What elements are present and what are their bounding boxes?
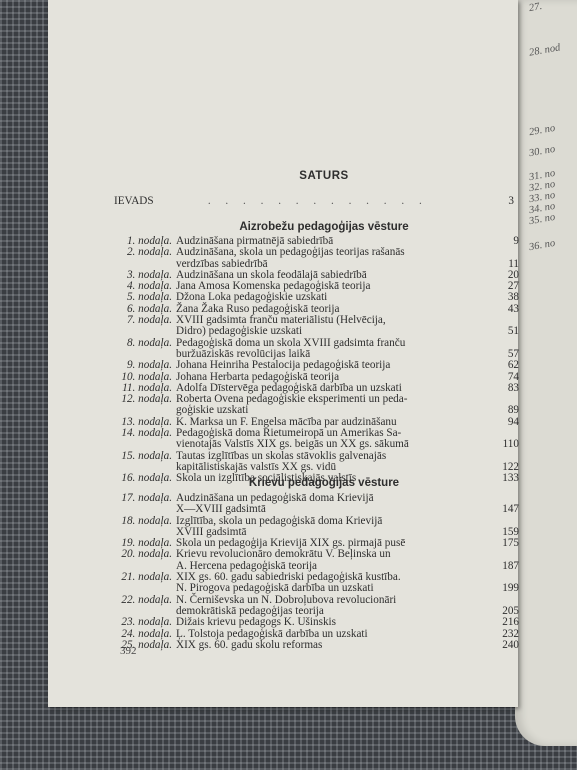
facing-page-fragment: 27. xyxy=(528,1,543,14)
leader-dots: . . . . . . . . . . . . . xyxy=(154,195,482,207)
chapter-title: Audzināšana un pedagoģiskā doma Krievijā… xyxy=(176,493,487,516)
toc-entry: 25. nodaļa.XIX gs. 60. gadu skolu reform… xyxy=(114,640,519,651)
facing-page-fragment: 30. no xyxy=(528,144,556,159)
chapter-number: 18. nodaļa. xyxy=(114,516,176,539)
chapter-page: 240 xyxy=(487,640,519,651)
toc-intro-row: IEVADS . . . . . . . . . . . . . 3 xyxy=(114,195,514,207)
intro-label: IEVADS xyxy=(114,195,154,207)
chapter-page: 147 xyxy=(487,504,519,515)
chapter-number: 23. nodaļa. xyxy=(114,617,176,628)
chapter-number: 21. nodaļa. xyxy=(114,572,176,595)
chapter-number: 15. nodaļa. xyxy=(114,451,176,474)
chapter-page: 43 xyxy=(487,304,519,315)
chapter-title-line: Audzināšana, skola un pedagoģijas teorij… xyxy=(176,247,487,258)
chapter-title: Izglītība, skola un pedagoģiskā doma Kri… xyxy=(176,516,487,539)
chapter-number: 9. nodaļa. xyxy=(114,360,176,371)
chapter-page: 110 xyxy=(487,439,519,450)
chapter-title-line: Dižais krievu pedagogs K. Ušinskis xyxy=(176,617,487,628)
chapter-title-line: Didro) pedagoģiskie uzskati xyxy=(176,326,487,337)
chapter-page: 187 xyxy=(487,561,519,572)
chapter-title-line: X—XVIII gadsimtā xyxy=(176,504,487,515)
chapter-number: 17. nodaļa. xyxy=(114,493,176,516)
chapter-page: 175 xyxy=(487,538,519,549)
section-heading: Krievu pedagoģijas vēsture xyxy=(114,477,534,489)
toc-entry: 14. nodaļa.Pedagoģiskā doma Rietumeiropā… xyxy=(114,428,519,451)
section-entries: 17. nodaļa.Audzināšana un pedagoģiskā do… xyxy=(114,493,519,651)
chapter-page: 83 xyxy=(487,383,519,394)
chapter-number: 22. nodaļa. xyxy=(114,595,176,618)
toc-entry: 21. nodaļa.XIX gs. 60. gadu sabiedriski … xyxy=(114,572,519,595)
chapter-title: Dižais krievu pedagogs K. Ušinskis xyxy=(176,617,487,628)
toc-entry: 23. nodaļa.Dižais krievu pedagogs K. Uši… xyxy=(114,617,519,628)
section-heading: Aizrobežu pedagoģijas vēsture xyxy=(114,221,534,233)
chapter-title: XIX gs. 60. gadu sabiedriski pedagoģiskā… xyxy=(176,572,487,595)
page-title: SATURS xyxy=(114,170,534,182)
chapter-title: Pedagoģiskā doma un skola XVIII gadsimta… xyxy=(176,338,487,361)
right-page: 27.28. nod29. no30. no31. no32. no33. no… xyxy=(515,0,577,746)
toc-entry: 17. nodaļa.Audzināšana un pedagoģiskā do… xyxy=(114,493,519,516)
chapter-title: N. Černiševska un N. Dobroļubova revoluc… xyxy=(176,595,487,618)
chapter-title-line: N. Pirogova pedagoģiskā darbība un uzska… xyxy=(176,583,487,594)
facing-page-fragment: 28. nod xyxy=(528,42,561,58)
section-entries: 1. nodaļa.Audzināšana pirmatnējā sabiedr… xyxy=(114,236,519,485)
chapter-page: 199 xyxy=(487,583,519,594)
toc-entry: 20. nodaļa.Krievu revolucionāro demokrāt… xyxy=(114,549,519,572)
toc-entry: 12. nodaļa.Roberta Ovena pedagoģiskie ek… xyxy=(114,394,519,417)
toc-entry: 8. nodaļa.Pedagoģiskā doma un skola XVII… xyxy=(114,338,519,361)
toc-entry: 2. nodaļa.Audzināšana, skola un pedagoģi… xyxy=(114,247,519,270)
chapter-title: Krievu revolucionāro demokrātu V. Beļins… xyxy=(176,549,487,572)
page-number: 392 xyxy=(120,645,137,657)
toc-entry: 7. nodaļa.XVIII gadsimta franču materiāl… xyxy=(114,315,519,338)
chapter-number: 8. nodaļa. xyxy=(114,338,176,361)
chapter-page: 9 xyxy=(487,236,519,247)
toc-entry: 9. nodaļa.Johana Heinriha Pestalocija pe… xyxy=(114,360,519,371)
chapter-number: 20. nodaļa. xyxy=(114,549,176,572)
chapter-page: 62 xyxy=(487,360,519,371)
toc-entry: 15. nodaļa.Tautas izglītības un skolas s… xyxy=(114,451,519,474)
chapter-title: XVIII gadsimta franču materiālistu (Helv… xyxy=(176,315,487,338)
chapter-page: 216 xyxy=(487,617,519,628)
chapter-number: 2. nodaļa. xyxy=(114,247,176,270)
chapter-number: 7. nodaļa. xyxy=(114,315,176,338)
facing-page-fragment: 36. no xyxy=(528,238,556,253)
chapter-title: Johana Heinriha Pestalocija pedagoģiskā … xyxy=(176,360,487,371)
chapter-number: 12. nodaļa. xyxy=(114,394,176,417)
chapter-title: Audzināšana, skola un pedagoģijas teorij… xyxy=(176,247,487,270)
chapter-page: 94 xyxy=(487,417,519,428)
chapter-number: 14. nodaļa. xyxy=(114,428,176,451)
chapter-page: 51 xyxy=(487,326,519,337)
intro-page: 3 xyxy=(482,195,514,207)
chapter-title-line: vienotajās Valstīs XIX gs. beigās un XX … xyxy=(176,439,487,450)
chapter-title: Tautas izglītības un skolas stāvoklis ga… xyxy=(176,451,487,474)
chapter-title-line: Johana Heinriha Pestalocija pedagoģiskā … xyxy=(176,360,487,371)
book-page: SATURS IEVADS . . . . . . . . . . . . . … xyxy=(48,0,518,707)
toc-entry: 22. nodaļa.N. Černiševska un N. Dobroļub… xyxy=(114,595,519,618)
chapter-title-line: XIX gs. 60. gadu skolu reformas xyxy=(176,640,487,651)
chapter-title: XIX gs. 60. gadu skolu reformas xyxy=(176,640,487,651)
chapter-title: Roberta Ovena pedagoģiskie eksperimenti … xyxy=(176,394,487,417)
chapter-title: Pedagoģiskā doma Rietumeiropā un Amerika… xyxy=(176,428,487,451)
facing-page-fragment: 29. no xyxy=(528,123,556,138)
toc-entry: 18. nodaļa.Izglītība, skola un pedagoģis… xyxy=(114,516,519,539)
